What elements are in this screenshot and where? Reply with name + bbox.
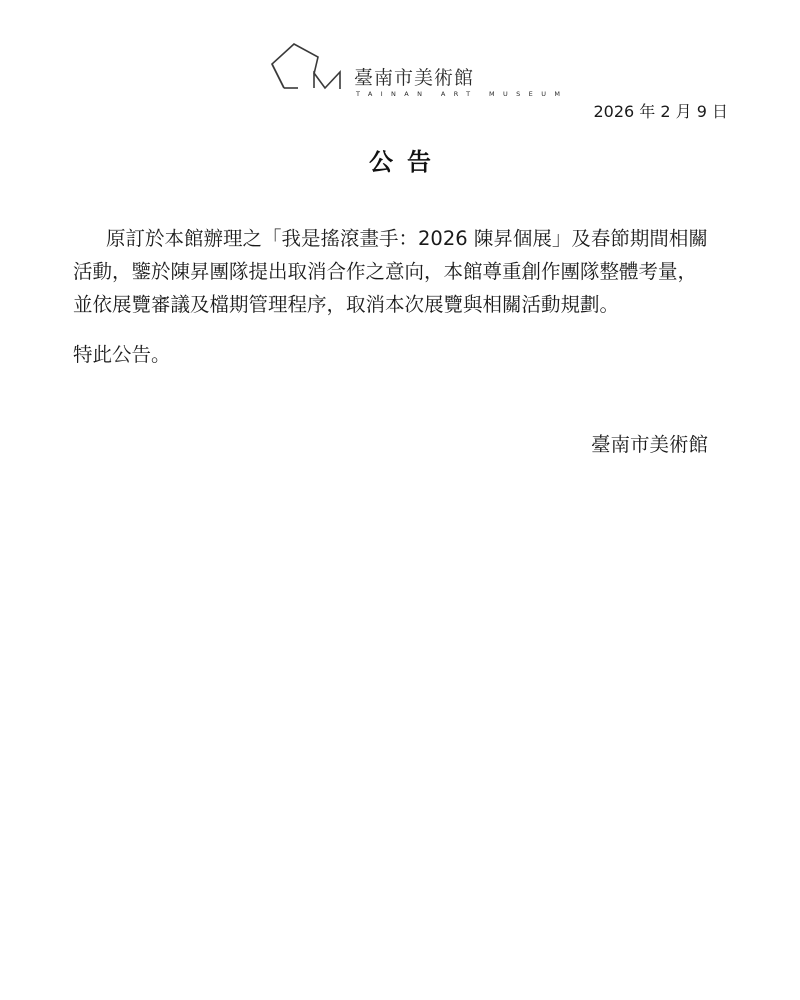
paragraph-line: 活動，鑒於陳昇團隊提出取消合作之意向，本館尊重創作團隊整體考量， [73, 255, 725, 288]
museum-logo: 臺南市美術館 TAINAN ART MUSEUM [268, 38, 538, 100]
announcement-title: 公告 [0, 145, 800, 179]
announcement-paragraph: 原訂於本館辦理之「我是搖滾畫手：2026 陳昇個展」及春節期間相關 活動，鑒於陳… [73, 222, 725, 321]
paragraph-line: 並依展覽審議及檔期管理程序，取消本次展覽與相關活動規劃。 [73, 288, 725, 321]
announcement-body: 原訂於本館辦理之「我是搖滾畫手：2026 陳昇個展」及春節期間相關 活動，鑒於陳… [73, 222, 725, 321]
paragraph-line: 原訂於本館辦理之「我是搖滾畫手：2026 陳昇個展」及春節期間相關 [73, 222, 725, 255]
museum-name-chinese: 臺南市美術館 [354, 67, 474, 89]
announcement-signature: 臺南市美術館 [591, 428, 708, 461]
announcement-closing: 特此公告。 [73, 338, 171, 371]
tainan-art-museum-logo-icon [268, 38, 358, 100]
museum-name-english: TAINAN ART MUSEUM [356, 90, 568, 98]
announcement-date: 2026 年 2 月 9 日 [593, 101, 728, 123]
